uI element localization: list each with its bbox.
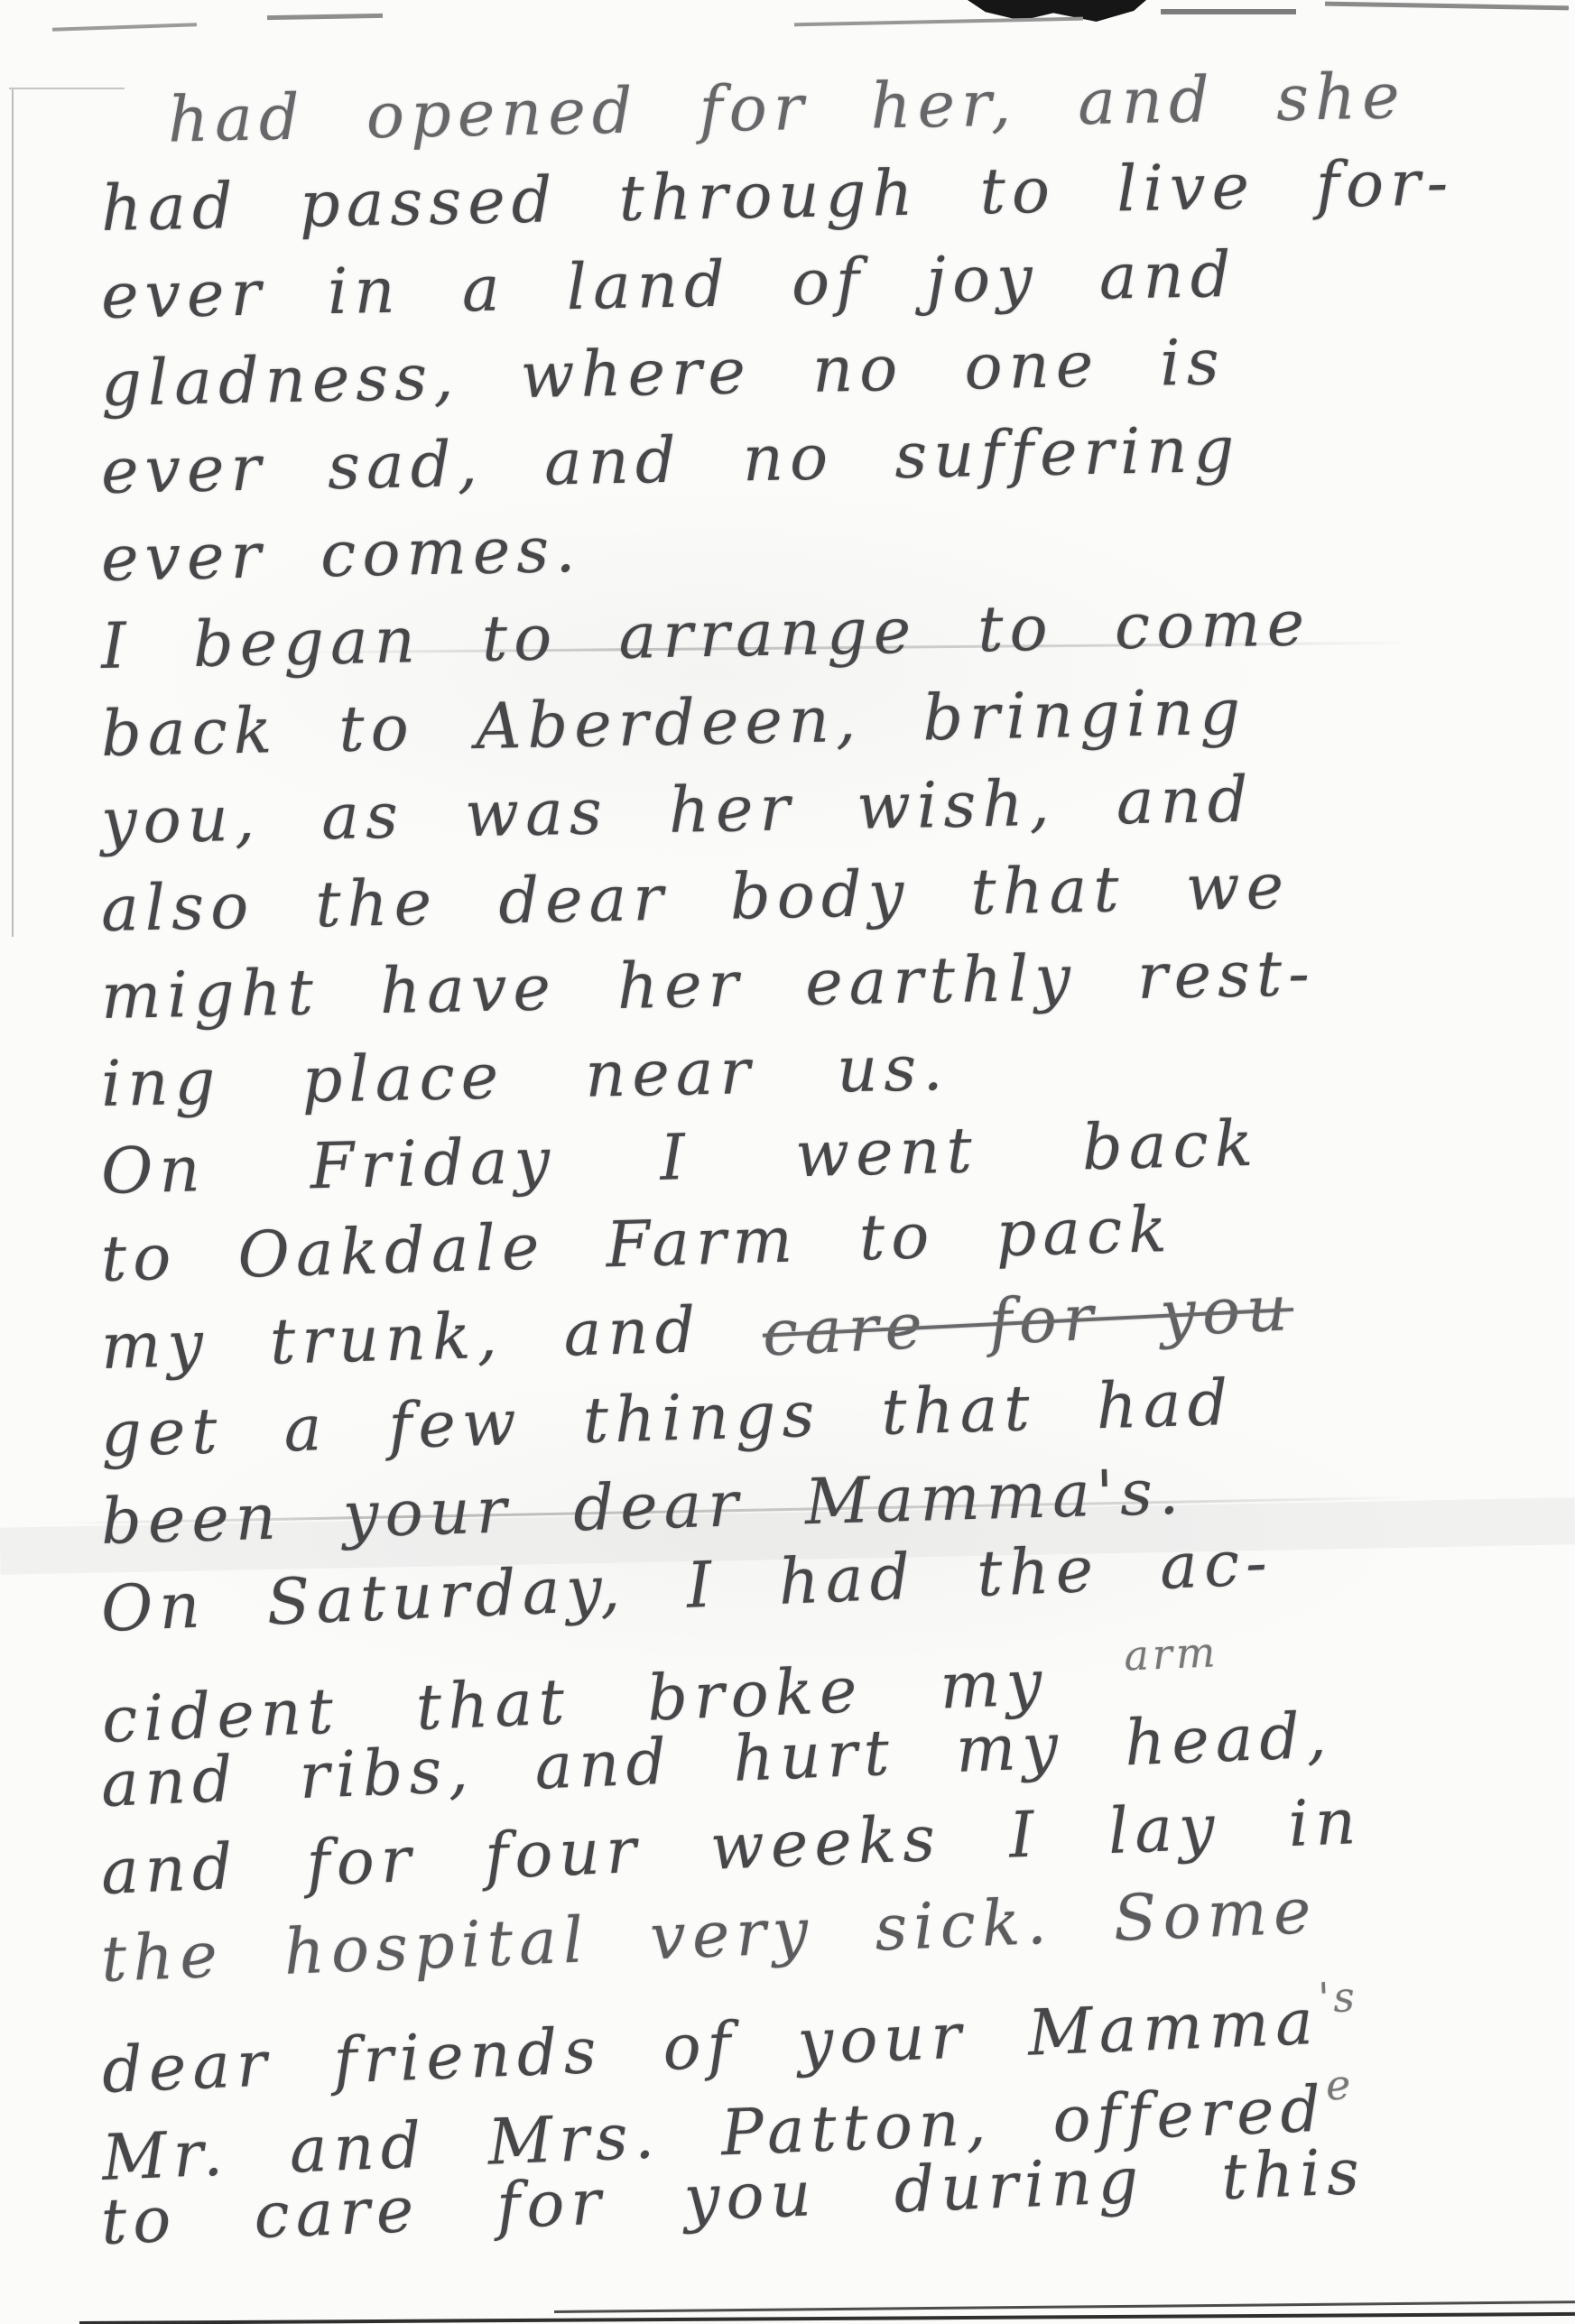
torn-edge-mark [794, 17, 1083, 27]
paper-left-edge-line [12, 88, 14, 937]
torn-edge-mark [52, 23, 197, 32]
torn-edge-mark [267, 14, 383, 20]
inserted-word: e [1325, 2060, 1355, 2109]
scan-bottom-edge-line [79, 2312, 1575, 2324]
letter-body: had opened for her, and she had passed t… [101, 78, 1548, 2266]
torn-edge-mark [1325, 2, 1569, 11]
torn-edge-mark [1161, 9, 1296, 14]
scan-ink-blot-top-right [968, 0, 1146, 22]
inserted-word: arm [1123, 1627, 1219, 1680]
inserted-word: 's [1317, 1972, 1358, 2023]
letter-line-text: my trunk, and [100, 1292, 764, 1384]
scanned-letter-page: had opened for her, and she had passed t… [0, 0, 1575, 2324]
scan-bottom-edge-line [554, 2301, 1575, 2313]
